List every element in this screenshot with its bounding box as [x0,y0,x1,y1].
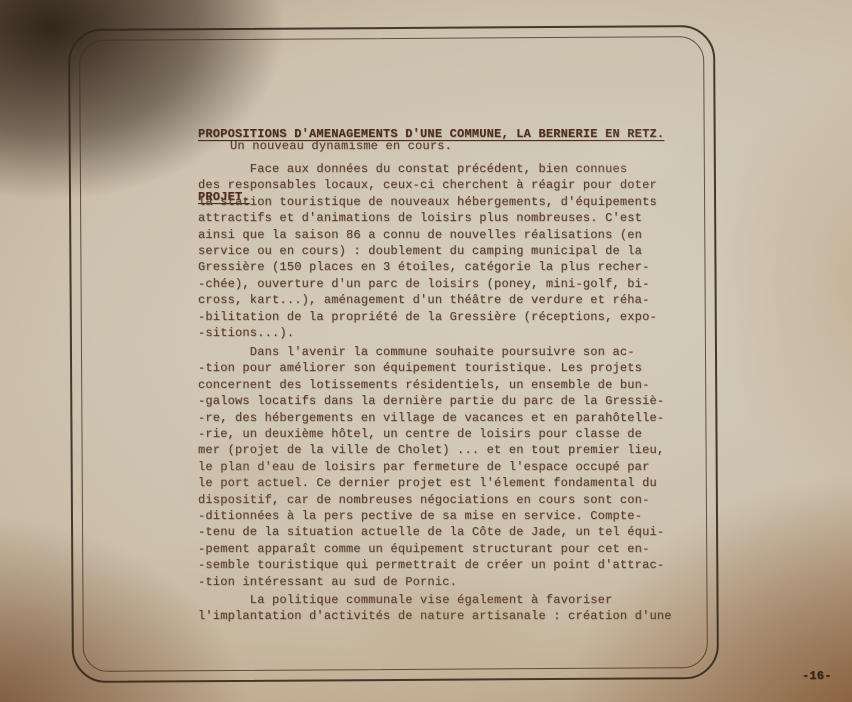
page-number: -16- [802,668,832,684]
paragraph-3: La politique communale vise également à … [198,592,672,625]
scanned-page-photo: PROPOSITIONS D'AMENAGEMENTS D'UNE COMMUN… [0,0,852,702]
document-subtitle: Un nouveau dynamisme en cours. [230,138,452,154]
paragraph-2: Dans l'avenir la commune souhaite poursu… [198,344,664,590]
paragraph-1: Face aux données du constat précédent, b… [198,161,657,341]
